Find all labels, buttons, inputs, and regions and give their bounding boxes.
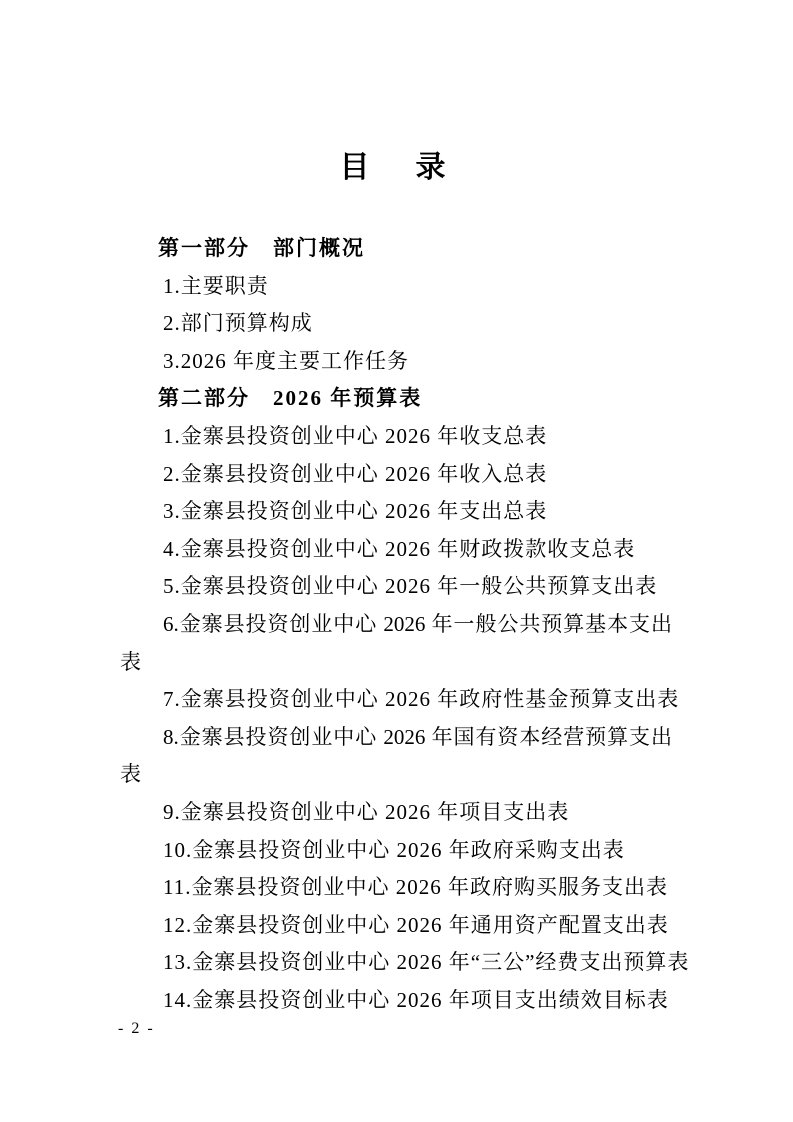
toc-item-line: 5.金寨县投资创业中心 2026 年一般公共预算支出表 <box>120 568 672 606</box>
toc-item-line: 3.金寨县投资创业中心 2026 年支出总表 <box>120 493 672 531</box>
toc-item-line: 8.金寨县投资创业中心 2026 年国有资本经营预算支出 <box>120 719 672 757</box>
toc-item-line: 7.金寨县投资创业中心 2026 年政府性基金预算支出表 <box>120 681 672 719</box>
page-number: - 2 - <box>118 1019 155 1039</box>
document-page: 目 录 第一部分 部门概况1.主要职责2.部门预算构成3.2026 年度主要工作… <box>0 0 793 1122</box>
toc-item-line: 3.2026 年度主要工作任务 <box>120 343 672 381</box>
toc-item-line: 14.金寨县投资创业中心 2026 年项目支出绩效目标表 <box>120 982 672 1020</box>
toc-item-line: 12.金寨县投资创业中心 2026 年通用资产配置支出表 <box>120 907 672 945</box>
toc-item-line: 13.金寨县投资创业中心 2026 年“三公”经费支出预算表 <box>120 944 672 982</box>
toc-item-line: 表 <box>120 756 672 794</box>
toc-item-line: 表 <box>120 644 672 682</box>
toc-item-line: 11.金寨县投资创业中心 2026 年政府购买服务支出表 <box>120 869 672 907</box>
toc-item-line: 2.金寨县投资创业中心 2026 年收入总表 <box>120 456 672 494</box>
document-title: 目 录 <box>0 147 793 189</box>
toc-item-line: 1.主要职责 <box>120 268 672 306</box>
section-heading: 第一部分 部门概况 <box>120 230 672 268</box>
section-heading: 第二部分 2026 年预算表 <box>120 380 672 418</box>
toc-item-line: 10.金寨县投资创业中心 2026 年政府采购支出表 <box>120 832 672 870</box>
toc-item-line: 9.金寨县投资创业中心 2026 年项目支出表 <box>120 794 672 832</box>
toc-item-line: 2.部门预算构成 <box>120 305 672 343</box>
toc-item-line: 1.金寨县投资创业中心 2026 年收支总表 <box>120 418 672 456</box>
toc-item-line: 4.金寨县投资创业中心 2026 年财政拨款收支总表 <box>120 531 672 569</box>
toc-item-line: 6.金寨县投资创业中心 2026 年一般公共预算基本支出 <box>120 606 672 644</box>
table-of-contents: 第一部分 部门概况1.主要职责2.部门预算构成3.2026 年度主要工作任务第二… <box>120 230 672 1019</box>
